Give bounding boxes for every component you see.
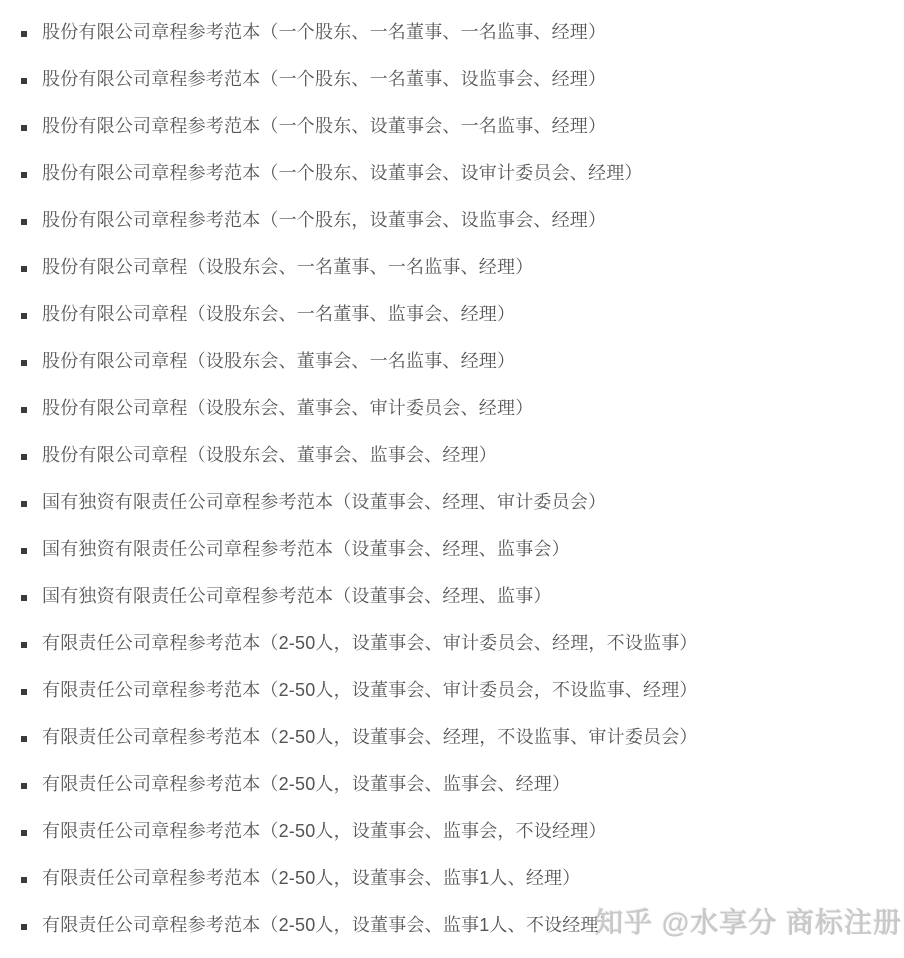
list-item-text: 股份有限公司章程（设股东会、董事会、监事会、经理） xyxy=(42,441,497,467)
list-item: 有限责任公司章程参考范本（2-50人，设董事会、审计委员会、经理，不设监事） xyxy=(0,618,904,665)
list-item: 股份有限公司章程（设股东会、董事会、审计委员会、经理） xyxy=(0,383,904,430)
square-bullet-icon xyxy=(21,689,27,695)
square-bullet-icon xyxy=(21,266,27,272)
list-item-text: 有限责任公司章程参考范本（2-50人，设董事会、监事会、经理） xyxy=(42,770,570,796)
list-item-text: 有限责任公司章程参考范本（2-50人，设董事会、监事会，不设经理） xyxy=(42,817,607,843)
square-bullet-icon xyxy=(21,360,27,366)
list-item: 股份有限公司章程参考范本（一个股东、一名董事、设监事会、经理） xyxy=(0,54,904,101)
list-item-text: 股份有限公司章程（设股东会、一名董事、监事会、经理） xyxy=(42,300,515,326)
square-bullet-icon xyxy=(21,783,27,789)
list-item: 有限责任公司章程参考范本（2-50人，设董事会、监事会、经理） xyxy=(0,759,904,806)
list-item-text: 国有独资有限责任公司章程参考范本（设董事会、经理、监事） xyxy=(42,582,552,608)
square-bullet-icon xyxy=(21,877,27,883)
list-item: 股份有限公司章程参考范本（一个股东、一名董事、一名监事、经理） xyxy=(0,7,904,54)
list-item: 股份有限公司章程参考范本（一个股东、设董事会、设审计委员会、经理） xyxy=(0,148,904,195)
list-item-text: 股份有限公司章程（设股东会、一名董事、一名监事、经理） xyxy=(42,253,533,279)
list-item: 有限责任公司章程参考范本（2-50人，设董事会、监事1人、经理） xyxy=(0,853,904,900)
list-item: 有限责任公司章程参考范本（2-50人，设董事会、监事会，不设经理） xyxy=(0,806,904,853)
list-item-text: 有限责任公司章程参考范本（2-50人，设董事会、监事1人、不设经理） xyxy=(42,911,617,937)
square-bullet-icon xyxy=(21,454,27,460)
square-bullet-icon xyxy=(21,78,27,84)
list-item-text: 股份有限公司章程参考范本（一个股东、设董事会、一名监事、经理） xyxy=(42,112,606,138)
list-item: 国有独资有限责任公司章程参考范本（设董事会、经理、监事会） xyxy=(0,524,904,571)
square-bullet-icon xyxy=(21,172,27,178)
list-item-text: 国有独资有限责任公司章程参考范本（设董事会、经理、审计委员会） xyxy=(42,488,606,514)
square-bullet-icon xyxy=(21,595,27,601)
list-item-text: 有限责任公司章程参考范本（2-50人，设董事会、审计委员会、经理，不设监事） xyxy=(42,629,698,655)
list-item: 股份有限公司章程（设股东会、一名董事、监事会、经理） xyxy=(0,289,904,336)
list-item-text: 有限责任公司章程参考范本（2-50人，设董事会、监事1人、经理） xyxy=(42,864,580,890)
list-item-text: 股份有限公司章程参考范本（一个股东、设董事会、设审计委员会、经理） xyxy=(42,159,643,185)
charter-list: 股份有限公司章程参考范本（一个股东、一名董事、一名监事、经理）股份有限公司章程参… xyxy=(0,0,904,947)
list-item-text: 国有独资有限责任公司章程参考范本（设董事会、经理、监事会） xyxy=(42,535,570,561)
square-bullet-icon xyxy=(21,924,27,930)
list-item-text: 股份有限公司章程参考范本（一个股东、一名董事、一名监事、经理） xyxy=(42,18,606,44)
list-item: 股份有限公司章程（设股东会、董事会、监事会、经理） xyxy=(0,430,904,477)
square-bullet-icon xyxy=(21,642,27,648)
list-item-text: 有限责任公司章程参考范本（2-50人，设董事会、经理，不设监事、审计委员会） xyxy=(42,723,698,749)
square-bullet-icon xyxy=(21,125,27,131)
square-bullet-icon xyxy=(21,31,27,37)
list-item-text: 股份有限公司章程参考范本（一个股东、一名董事、设监事会、经理） xyxy=(42,65,606,91)
list-item-text: 股份有限公司章程（设股东会、董事会、审计委员会、经理） xyxy=(42,394,533,420)
list-item: 国有独资有限责任公司章程参考范本（设董事会、经理、监事） xyxy=(0,571,904,618)
list-item: 国有独资有限责任公司章程参考范本（设董事会、经理、审计委员会） xyxy=(0,477,904,524)
list-item-text: 股份有限公司章程（设股东会、董事会、一名监事、经理） xyxy=(42,347,515,373)
list-item-text: 有限责任公司章程参考范本（2-50人，设董事会、审计委员会，不设监事、经理） xyxy=(42,676,698,702)
square-bullet-icon xyxy=(21,548,27,554)
square-bullet-icon xyxy=(21,830,27,836)
square-bullet-icon xyxy=(21,219,27,225)
square-bullet-icon xyxy=(21,501,27,507)
list-item: 股份有限公司章程参考范本（一个股东、设董事会、一名监事、经理） xyxy=(0,101,904,148)
list-item: 有限责任公司章程参考范本（2-50人，设董事会、经理，不设监事、审计委员会） xyxy=(0,712,904,759)
list-item: 有限责任公司章程参考范本（2-50人，设董事会、监事1人、不设经理） xyxy=(0,900,904,947)
square-bullet-icon xyxy=(21,736,27,742)
list-item: 股份有限公司章程（设股东会、董事会、一名监事、经理） xyxy=(0,336,904,383)
square-bullet-icon xyxy=(21,407,27,413)
list-item: 有限责任公司章程参考范本（2-50人，设董事会、审计委员会，不设监事、经理） xyxy=(0,665,904,712)
document-page: 股份有限公司章程参考范本（一个股东、一名董事、一名监事、经理）股份有限公司章程参… xyxy=(0,0,904,958)
list-item: 股份有限公司章程（设股东会、一名董事、一名监事、经理） xyxy=(0,242,904,289)
square-bullet-icon xyxy=(21,313,27,319)
list-item-text: 股份有限公司章程参考范本（一个股东，设董事会、设监事会、经理） xyxy=(42,206,606,232)
list-item: 股份有限公司章程参考范本（一个股东，设董事会、设监事会、经理） xyxy=(0,195,904,242)
